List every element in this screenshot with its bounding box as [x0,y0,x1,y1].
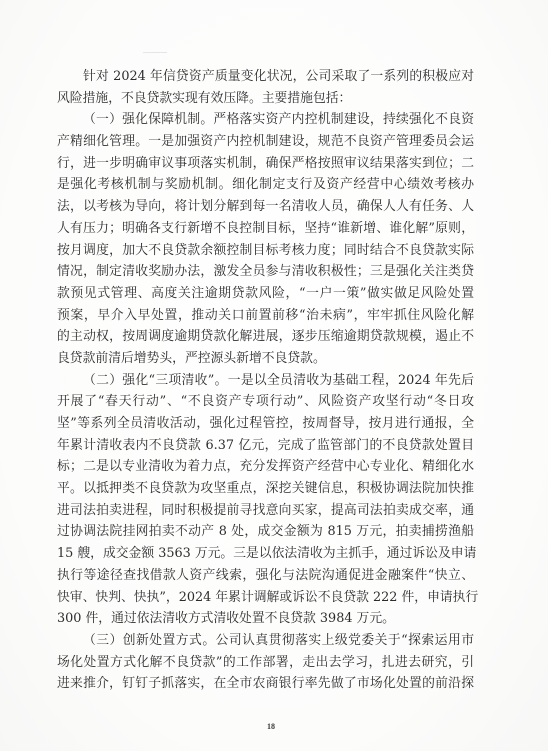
text-line: 款预见式管理、高度关注逾期贷款风险，“一户一策”做实做足风险处置 [57,283,474,305]
text-line: 产精细化管理。一是加强资产内控机制建设，规范不良资产管理委员会运 [57,131,474,153]
paragraph-measure-3: （三）创新处置方式。公司认真贯彻落实上级党委关于“探索运用市 场化处置方式化解不… [57,630,474,695]
text-line: 进来推介，钉钉子抓落实，在全市农商银行率先做了市场化处置的前沿探 [57,673,474,695]
text-line: 情况，制定清收奖励办法，激发全员参与清收积极性；三是强化关注类贷 [57,261,474,283]
page-number: 18 [256,721,286,733]
text-line: 300 件，通过依法清收方式清收处置不良贷款 3984 万元。 [57,608,474,630]
text-line: （三）创新处置方式。公司认真贯彻落实上级党委关于“探索运用市 [57,630,474,652]
text-line: （一）强化保障机制。严格落实资产内控机制建设，持续强化不良资 [57,109,474,131]
paragraph-measure-1: （一）强化保障机制。严格落实资产内控机制建设，持续强化不良资 产精细化管理。一是… [57,109,474,369]
paragraph-measure-2: （二）强化“三项清收”。一是以全员清收为基础工程，2024 年先后 开展了“春天… [57,370,474,630]
body-text: 针对 2024 年信贷资产质量变化状况，公司采取了一系列的积极应对 风险措施，不… [57,66,474,695]
text-line: 行，进一步明确审议事项落实机制，确保严格按照审议结果落实到位；二 [57,153,474,175]
text-line: 执行等途径查找借款人资产线索，强化与法院沟通促进金融案件“快立、 [57,565,474,587]
text-line: 法，以考核为导向，将计划分解到每一名清收人员，确保人人有任务、人 [57,196,474,218]
text-line: 预案，早介入早处置，推动关口前置前移“治未病”，牢牢抓住风险化解 [57,305,474,327]
text-line: 15 艘，成交金额 3563 万元。三是以依法清收为主抓手，通过诉讼及申请 [57,543,474,565]
text-line: 人有压力；明确各支行新增不良控制目标，坚持“谁新增、谁化解”原则， [57,218,474,240]
text-line: 进司法拍卖进程，同时积极提前寻找意向买家，提高司法拍卖成交率，通 [57,500,474,522]
document-page: 针对 2024 年信贷资产质量变化状况，公司采取了一系列的积极应对 风险措施，不… [0,0,548,751]
text-line: 平。以抵押类不良贷款为攻坚重点，深挖关键信息，积极协调法院加快推 [57,478,474,500]
scan-artifact [143,52,167,53]
paragraph-intro: 针对 2024 年信贷资产质量变化状况，公司采取了一系列的积极应对 风险措施，不… [57,66,474,109]
text-line: 良贷款前清后增势头，严控源头新增不良贷款。 [57,348,474,370]
text-line: 年累计清收表内不良贷款 6.37 亿元，完成了监管部门的不良贷款处置目 [57,435,474,457]
text-line: 开展了“春天行动”、“不良资产专项行动”、风险资产攻坚行动“冬日攻 [57,391,474,413]
text-line: 风险措施，不良贷款实现有效压降。主要措施包括： [57,88,474,110]
text-line: 针对 2024 年信贷资产质量变化状况，公司采取了一系列的积极应对 [57,66,474,88]
text-line: 场化处置方式化解不良贷款”的工作部署，走出去学习，扎进去研究，引 [57,652,474,674]
text-line: 坚”等系列全员清收活动，强化过程管控，按周督导，按月进行通报，全 [57,413,474,435]
text-line: 快审、快判、快执”，2024 年累计调解或诉讼不良贷款 222 件，申请执行 [57,587,474,609]
text-line: 按月调度，加大不良贷款余额控制目标考核力度；同时结合不良贷款实际 [57,240,474,262]
text-line: （二）强化“三项清收”。一是以全员清收为基础工程，2024 年先后 [57,370,474,392]
text-line: 的主动权，按周调度逾期贷款化解进展，逐步压缩逾期贷款规模，遏止不 [57,326,474,348]
text-line: 过协调法院挂网拍卖不动产 8 处，成交金额为 815 万元，拍卖捕捞渔船 [57,521,474,543]
text-line: 是强化考核机制与奖励机制。细化制定支行及资产经营中心绩效考核办 [57,174,474,196]
text-line: 标；二是以专业清收为着力点，充分发挥资产经营中心专业化、精细化水 [57,456,474,478]
